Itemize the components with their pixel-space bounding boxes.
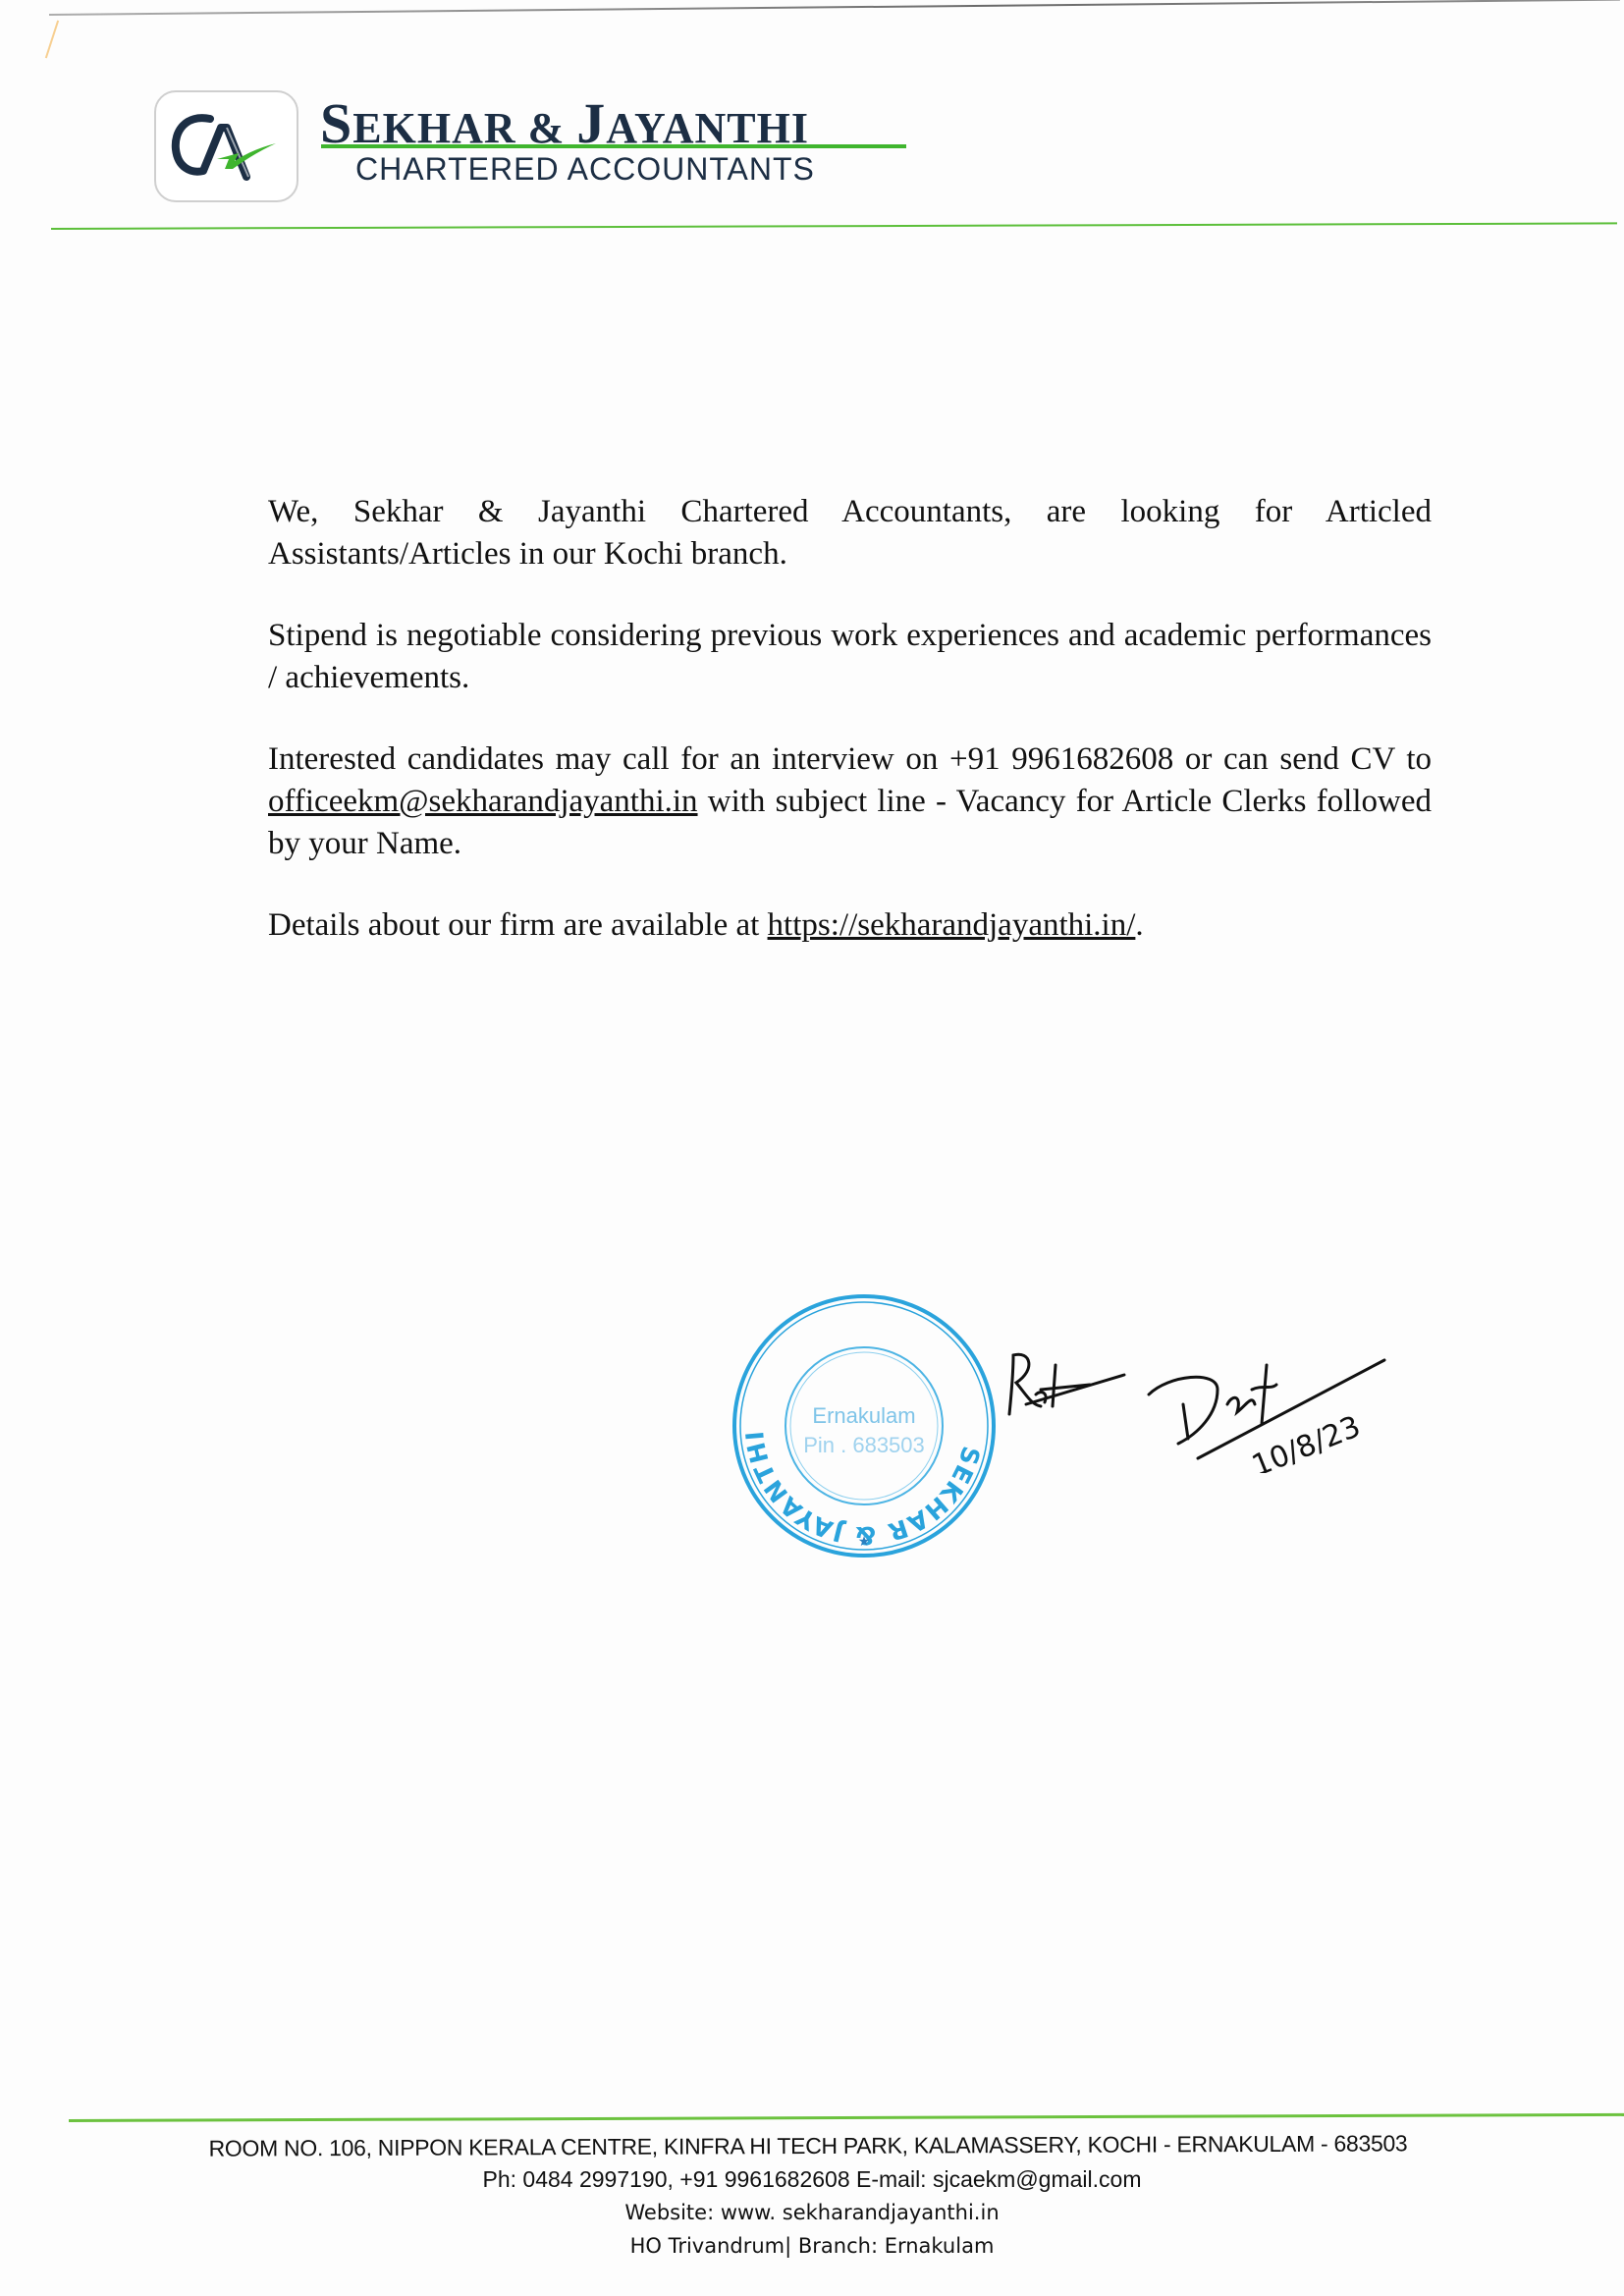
paragraph-contact: Interested candidates may call for an in… — [268, 738, 1432, 865]
scan-edge-line — [49, 0, 1620, 16]
stamp-pin: Pin . 683503 — [803, 1433, 925, 1457]
website-link[interactable]: https://sekharandjayanthi.in/ — [768, 907, 1136, 943]
letterhead-footer: ROOM NO. 106, NIPPON KERALA CENTRE, KINF… — [0, 2129, 1624, 2263]
firm-name-underline — [321, 144, 906, 148]
stamp-city: Ernakulam — [812, 1403, 915, 1428]
signature-date: 10/8/23 — [1247, 1409, 1365, 1473]
email-link[interactable]: officeekm@sekharandjayanthi.in — [268, 784, 698, 819]
paragraph-intro: We, Sekhar & Jayanthi Chartered Accounta… — [268, 491, 1432, 575]
footer-phone: 0484 2997190, +91 9961682608 — [522, 2166, 849, 2192]
footer-divider — [69, 2113, 1624, 2122]
header-divider — [51, 222, 1617, 230]
footer-website: Website: www. sekharandjayanthi.in — [0, 2196, 1624, 2229]
scan-mark — [45, 21, 59, 59]
footer-email: sjcaekm@gmail.com — [933, 2166, 1142, 2192]
footer-website-url: www. sekharandjayanthi.in — [721, 2201, 1000, 2224]
paragraph-stipend: Stipend is negotiable considering previo… — [268, 615, 1432, 699]
ca-logo-icon — [156, 92, 297, 200]
signature-with-date: 10/8/23 — [1139, 1336, 1394, 1473]
footer-address: ROOM NO. 106, NIPPON KERALA CENTRE, KINF… — [0, 2125, 1620, 2165]
ca-logo — [154, 90, 298, 202]
initials-signature — [1001, 1345, 1129, 1424]
firm-subtitle: CHARTERED ACCOUNTANTS — [355, 151, 815, 188]
footer-contact: Ph: 0484 2997190, +91 9961682608 E-mail:… — [0, 2162, 1624, 2196]
company-stamp: SEKHAR & JAYANTHI CHARTERED ACCOUNTANTS … — [727, 1288, 1001, 1563]
stamp-star-icon: ★ — [858, 1535, 871, 1550]
letter-body: We, Sekhar & Jayanthi Chartered Accounta… — [268, 491, 1432, 986]
footer-offices: HO Trivandrum| Branch: Ernakulam — [0, 2229, 1624, 2263]
paragraph-website: Details about our firm are available at … — [268, 904, 1432, 947]
